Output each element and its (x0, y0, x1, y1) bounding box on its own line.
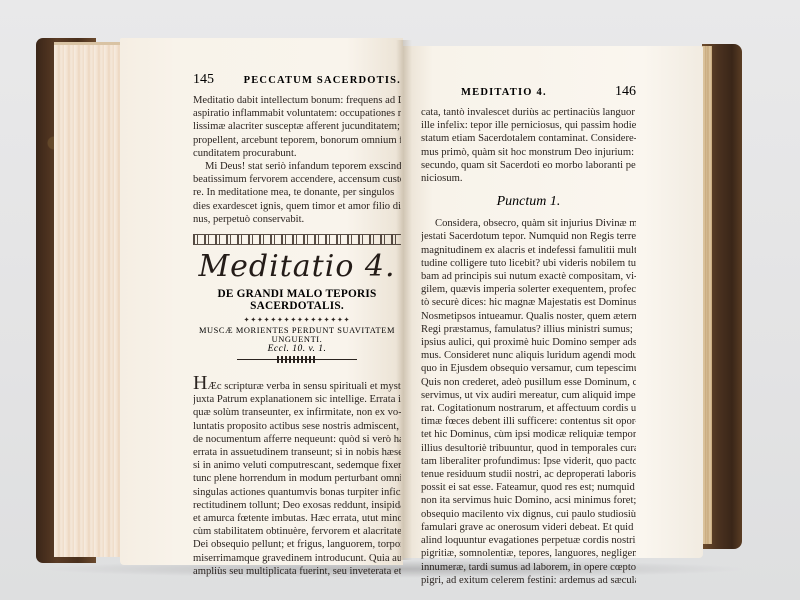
text-line: de nocumentum afferre nequeunt: quòd si … (193, 433, 401, 446)
ornamental-rule (237, 359, 357, 363)
text-line: secundo, quam sit Sacerdoti eo morbo lab… (421, 159, 636, 172)
text-line: miserrimamque gravedinem introducunt. Qu… (193, 552, 401, 565)
text-line: quæ solùm transeunter, ex infirmitate, n… (193, 406, 401, 419)
book-photo: 145 PECCATUM SACERDOTIS. Meditatio dabit… (0, 0, 800, 600)
text-line: bam ad principis sui nutum exactè compos… (421, 270, 636, 283)
text-line: tenue residuum studii nostri, ac deprope… (421, 468, 636, 481)
section-heading: Punctum 1. (421, 194, 636, 210)
text-line: aspiratio inflammabit voluntatem: occupa… (193, 107, 401, 120)
text-line: niciosum. (421, 172, 636, 185)
text-line: magnitudinem ex alacris et indefessi fam… (421, 244, 636, 257)
text-line: ampliùs seu multiplicata fuerint, seu in… (193, 565, 401, 578)
text-line: pigritiæ, somnolentiæ, tepores, languore… (421, 547, 636, 560)
text-line: timæ fœces debent illi sufficere: conten… (421, 415, 636, 428)
text-line: et amurca fœtente imbutas. Hæc errata, u… (193, 512, 401, 525)
right-running-head: MEDITATIO 4. 146 (421, 84, 636, 100)
text-line: pigri, ad exitum celerem festini: ardemu… (421, 574, 636, 587)
text-line: Mi Deus! stat seriò infandum teporem exs… (193, 160, 401, 173)
text-line: errata in assuetudinem transeunt; si in … (193, 446, 401, 459)
text-line: tò securè dices: hic magnæ Majestatis es… (421, 296, 636, 309)
drop-cap: H (193, 375, 207, 393)
text-line: lissimæ alacriter susceptæ afferent jucu… (193, 120, 401, 133)
left-running-title: PECCATUM SACERDOTIS. (244, 75, 401, 86)
text-line: mus. Consideret nunc aliquis luridum age… (421, 349, 636, 362)
text-line: si in animo veluti computrescant, sedemq… (193, 459, 401, 472)
text-line: Quis non crederet, adeò pusillum esse Do… (421, 376, 636, 389)
text-line: mus primò, quàm sit hoc monstrum Deo inj… (421, 146, 636, 159)
epigraph: MUSCÆ MORIENTES PERDUNT SUAVITATEM UNGUE… (193, 326, 401, 344)
text-line: re. In meditatione mea, te donante, per … (193, 186, 401, 199)
text-line: luntatis proposito actibus sese nostris … (193, 420, 401, 433)
text-line: Regi præstamus, famulatus? illius minist… (421, 323, 636, 336)
text-line: non ita servimus huic Domino, acsi minim… (421, 494, 636, 507)
text-line: alind loquuntur evagationes perpetuæ cor… (421, 534, 636, 547)
text-line: juxta Patrum explanationem sic intellige… (193, 393, 401, 406)
text-line: Nosmetipsos intueamur. Qualis noster, qu… (421, 310, 636, 323)
left-page-content: 145 PECCATUM SACERDOTIS. Meditatio dabit… (193, 72, 401, 578)
text-line: gilem, quævis imperia solerter exequente… (421, 283, 636, 296)
left-top-paragraph: Meditatio dabit intellectum bonum: frequ… (193, 94, 401, 226)
left-main-text: HÆc scripturæ verba in sensu spirituali … (193, 375, 401, 578)
text-line: beatissimum fervorem accendere, accensum… (193, 173, 401, 186)
text-line: tam liberaliter profundimus: Ipse videri… (421, 455, 636, 468)
text-line: tet hic Dominus, cùm ipsi modicæ reliqui… (421, 428, 636, 441)
text-line: cunditatem procurabunt. (193, 147, 401, 160)
left-page-edges (54, 42, 130, 557)
right-page-content: MEDITATIO 4. 146 cata, tantò invalescet … (421, 84, 636, 587)
text-line: statum etiam Sacerdotalem contaminat. Co… (421, 132, 636, 145)
right-running-title: MEDITATIO 4. (461, 87, 547, 98)
text-line: jestati Sacerdotum tepor. Numquid non Re… (421, 230, 636, 243)
left-running-head: 145 PECCATUM SACERDOTIS. (193, 72, 401, 88)
text-line: quo in Ejusdem obsequio versamur, cum te… (421, 362, 636, 375)
star-divider: ✦✦✦✦✦✦✦✦✦✦✦✦✦✦✦✦ (193, 316, 401, 324)
text-line: Meditatio dabit intellectum bonum: frequ… (193, 94, 401, 107)
text-line: illius desultoriè tribuuntur, quod in te… (421, 442, 636, 455)
chapter-heading: Meditatio 4. (193, 247, 401, 287)
text-line: possit ei sat esse. Fateamur, quod res e… (421, 481, 636, 494)
text-line: rectitudinem tollunt; Deo exosas reddunt… (193, 499, 401, 512)
text-line: ille infelix: tepor ille perniciosus, qu… (421, 119, 636, 132)
text-line: rat. Cogitationum nostrarum, et affectuu… (421, 402, 636, 415)
text-line: Dei obsequio pellunt; et frigus, languor… (193, 538, 401, 551)
right-page-number: 146 (615, 84, 636, 100)
text-line: tunc plene horrendum in modum perturbant… (193, 472, 401, 485)
text-line: servimus, ut vix audiri mereatur, cum al… (421, 389, 636, 402)
text-line: famulari grave ac onerosum videri debeat… (421, 521, 636, 534)
ornamental-border (193, 234, 401, 245)
text-line: singulas actiones quantumvis bonas turpi… (193, 486, 401, 499)
text-line: propellent, arcebunt teporem, bonorum om… (193, 134, 401, 147)
text-line: innumeræ, tardi sumus ad laborem, in ope… (421, 561, 636, 574)
text-line: obsequio macilento vix dignus, cui paulo… (421, 508, 636, 521)
text-line: dies exardescet ignis, quem timor et amo… (193, 200, 401, 213)
text-line: ipsius aulici, qui proximè huic Domino s… (421, 336, 636, 349)
text-line: tudine colligere tuto licebit? ubi vider… (421, 257, 636, 270)
epigraph-reference: Eccl. 10. v. 1. (193, 344, 401, 354)
left-page-number: 145 (193, 72, 214, 88)
text-line: cùm stabilitatem obtinuère, fervorem et … (193, 525, 401, 538)
chapter-subheading: DE GRANDI MALO TEPORIS SACERDOTALIS. (193, 288, 401, 312)
text-line: Considera, obsecro, quàm sit injurius Di… (421, 217, 636, 230)
text-line: cata, tantò invalescet duriùs ac pertina… (421, 106, 636, 119)
right-main-text: Considera, obsecro, quàm sit injurius Di… (421, 217, 636, 587)
right-intro-paragraph: cata, tantò invalescet duriùs ac pertina… (421, 106, 636, 185)
text-line: nus, perpetuò conservabit. (193, 213, 401, 226)
text-line: HÆc scripturæ verba in sensu spirituali … (193, 375, 401, 393)
